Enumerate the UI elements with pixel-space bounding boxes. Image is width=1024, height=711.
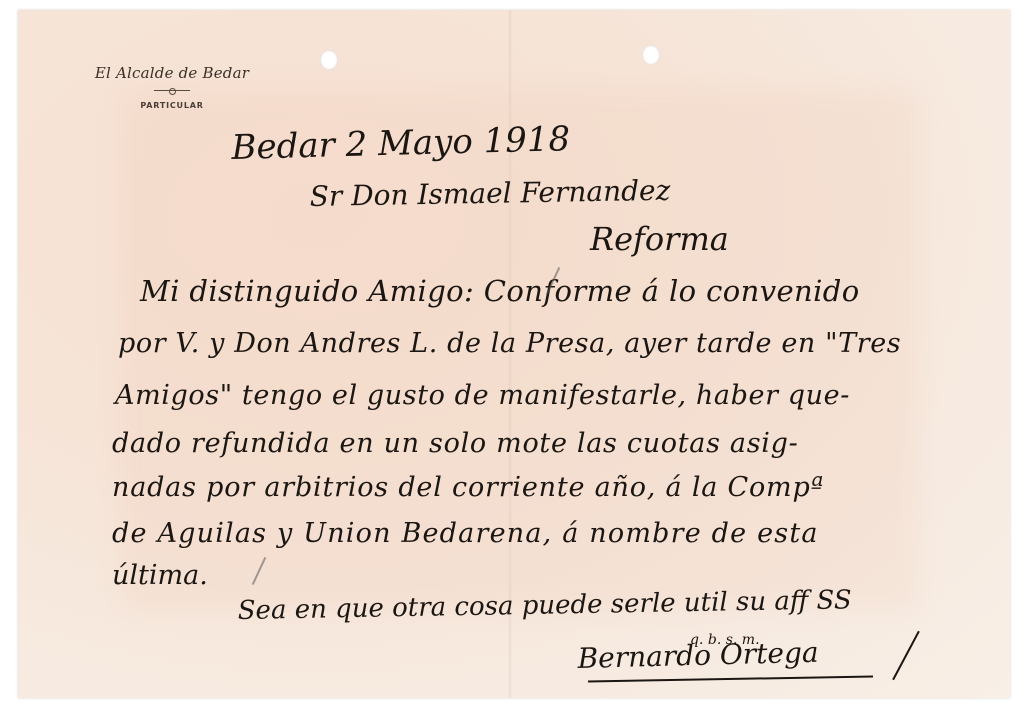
- body-line-7: última.: [112, 560, 208, 591]
- body-line-4: dado refundida en un solo mote las cuota…: [112, 428, 798, 459]
- body-line-1: Mi distinguido Amigo: Conforme á lo conv…: [140, 274, 860, 308]
- recipient-line: Sr Don Ismael Fernandez: [309, 174, 670, 213]
- punch-hole-right: [642, 45, 660, 65]
- body-line-6: de Aguilas y Union Bedarena, á nombre de…: [112, 518, 819, 549]
- location-line: Reforma: [590, 220, 729, 258]
- letterhead-ornament: [154, 90, 190, 91]
- body-line-3: Amigos" tengo el gusto de manifestarle, …: [115, 380, 850, 411]
- body-line-2: por V. y Don Andres L. de la Presa, ayer…: [118, 328, 901, 359]
- letterhead: El Alcalde de Bedar PARTICULAR: [62, 64, 282, 110]
- letterhead-title: El Alcalde de Bedar: [62, 64, 282, 82]
- signature: Bernardo Ortega: [577, 636, 819, 675]
- body-line-5: nadas por arbitrios del corriente año, á…: [112, 472, 824, 503]
- punch-hole-left: [320, 50, 338, 70]
- letterhead-subtitle: PARTICULAR: [62, 101, 282, 110]
